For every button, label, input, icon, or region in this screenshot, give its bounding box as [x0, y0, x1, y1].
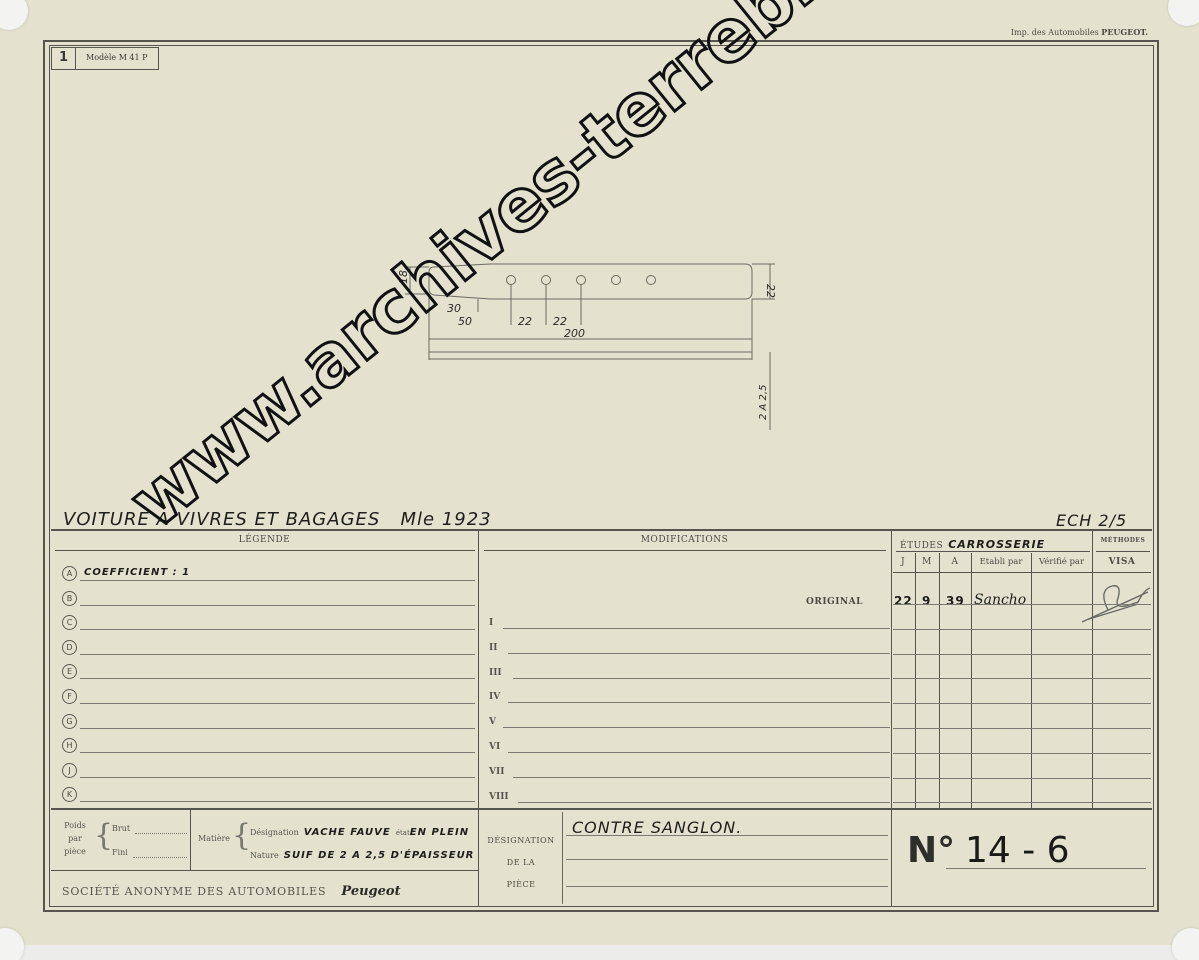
modifications-header-rule [484, 550, 886, 551]
part-line-3 [566, 886, 888, 887]
material-nature: Nature SUIF DE 2 A 2,5 D'ÉPAISSEUR [250, 843, 474, 862]
company-rule [51, 870, 478, 871]
modification-label: VII [489, 767, 504, 777]
modification-label: II [489, 643, 497, 653]
nature-value: SUIF DE 2 A 2,5 D'ÉPAISSEUR [284, 850, 475, 861]
legend-line [80, 703, 475, 704]
part-label-line3: PIÈCE [480, 874, 562, 896]
etudes-columns-rule [893, 572, 1151, 573]
modification-line [508, 702, 890, 703]
col-header-j: J [891, 557, 915, 567]
hole-5 [647, 276, 656, 285]
methodes-header-rule [1096, 551, 1150, 552]
etudes-row-line [893, 604, 1151, 605]
gross-label: Brut [112, 824, 130, 833]
material-designation: Désignation VACHE FAUVE étatEN PLEIN [250, 820, 469, 839]
legend-letter-g: G [62, 714, 77, 729]
modification-label: V [489, 717, 496, 727]
etudes-row-line [893, 778, 1151, 779]
entry-year: 39 [946, 594, 965, 608]
legend-letter-j: J [62, 763, 77, 778]
legend-line [80, 605, 475, 606]
modification-line [518, 802, 890, 803]
col-divider-etabli [1031, 553, 1032, 808]
legend-letter-a: A [62, 566, 77, 581]
etudes-row-line [893, 728, 1151, 729]
col-divider-a [971, 553, 972, 808]
etudes-row-line [893, 703, 1151, 704]
divider-mods-etudes [891, 529, 892, 907]
legend-header: LÉGENDE [51, 535, 478, 545]
part-brace [562, 812, 563, 904]
legend-line [80, 678, 475, 679]
col-header-m: M [915, 557, 939, 567]
legend-line [80, 752, 475, 753]
legend-text: COEFFICIENT : 1 [84, 567, 190, 578]
part-line-2 [566, 859, 888, 860]
net-label: Fini [112, 848, 128, 857]
designation-label: Désignation [250, 828, 299, 837]
designation-value: VACHE FAUVE [304, 827, 391, 838]
legend-line [80, 801, 475, 802]
model-year: Mle 1923 [401, 509, 492, 530]
entry-day: 22 [894, 594, 913, 608]
etudes-department: CARROSSERIE [948, 538, 1045, 551]
hole-2 [542, 276, 551, 285]
hole-4 [612, 276, 621, 285]
dim-height-right: 22 [764, 284, 777, 298]
etudes-row-line [893, 753, 1151, 754]
legend-letter-b: B [62, 591, 77, 606]
scale-label: ECH 2/5 [1056, 511, 1127, 530]
divider-legend-mods [478, 529, 479, 907]
col-divider-j [915, 553, 916, 808]
net-value-line [133, 857, 187, 858]
col-divider-m [939, 553, 940, 808]
modification-label: VIII [489, 792, 509, 802]
etudes-row-line [893, 678, 1151, 679]
dim-pitch-1: 22 [518, 315, 532, 328]
bottom-section-rule [51, 808, 1152, 810]
modification-line [503, 628, 890, 629]
part-label-line1: DÉSIGNATION [480, 830, 562, 852]
dim-height-left: 18 [397, 270, 410, 284]
legend-letter-d: D [62, 640, 77, 655]
weight-label: Poids par pièce [60, 819, 90, 858]
dim-thickness: 2 A 2,5 [758, 385, 769, 420]
nature-label: Nature [250, 851, 279, 860]
drawing-number: 14 - 6 [965, 830, 1070, 871]
legend-line [80, 629, 475, 630]
visa-signature-icon [1078, 580, 1154, 626]
legend-header-rule [55, 550, 475, 551]
col-header-etabli: Etabli par [971, 557, 1031, 567]
weight-label-line3: pièce [60, 845, 90, 858]
number-prefix: N° [907, 830, 955, 871]
entry-established-by: Sancho [974, 592, 1026, 608]
modification-line [503, 727, 890, 728]
part-label: DÉSIGNATION DE LA PIÈCE [480, 830, 562, 896]
etudes-label: ÉTUDES [900, 541, 943, 551]
modification-line [513, 777, 890, 778]
material-label: Matière [198, 834, 230, 843]
vehicle-title-text: VOITURE A VIVRES ET BAGAGES [63, 509, 380, 530]
weight-brace: { [94, 816, 113, 856]
company-footer: SOCIÉTÉ ANONYME DES AUTOMOBILES Peugeot [62, 880, 401, 899]
weight-label-line2: par [60, 832, 90, 845]
col-header-visa: VISA [1092, 557, 1152, 567]
dim-total-length: 200 [564, 327, 585, 340]
dim-offset-30: 30 [447, 302, 461, 315]
vehicle-title: VOITURE A VIVRES ET BAGAGES Mle 1923 [63, 509, 492, 530]
etudes-row-line [893, 654, 1151, 655]
hole-1 [507, 276, 516, 285]
peugeot-logo: Peugeot [341, 884, 400, 899]
methodes-label: MÉTHODES [1094, 537, 1152, 544]
col-header-verifie: Vérifié par [1031, 557, 1092, 567]
modifications-header: MODIFICATIONS [478, 535, 891, 545]
modification-label: VI [489, 742, 500, 752]
company-name: SOCIÉTÉ ANONYME DES AUTOMOBILES [62, 885, 326, 898]
divider-weight-material [190, 810, 191, 870]
modification-label: I [489, 618, 493, 628]
legend-line [80, 728, 475, 729]
modification-line [508, 653, 890, 654]
etudes-row-line [893, 629, 1151, 630]
etudes-header-rule [896, 551, 1090, 552]
legend-line [80, 580, 475, 581]
dim-offset-50: 50 [458, 315, 472, 328]
part-line-1 [566, 835, 888, 836]
col-header-a: A [939, 557, 971, 567]
modification-line [508, 752, 890, 753]
material-brace: { [232, 816, 251, 856]
hole-3 [577, 276, 586, 285]
part-label-line2: DE LA [480, 852, 562, 874]
legend-letter-f: F [62, 689, 77, 704]
state-value: EN PLEIN [410, 827, 469, 838]
original-label: ORIGINAL [806, 597, 863, 607]
etudes-row-line [893, 802, 1151, 803]
weight-label-line1: Poids [60, 819, 90, 832]
gross-value-line [135, 833, 187, 834]
etudes-header: ÉTUDES CARROSSERIE [900, 533, 1045, 552]
modification-label: III [489, 668, 502, 678]
divider-methodes [1092, 529, 1093, 808]
entry-month: 9 [922, 594, 931, 608]
modification-line [513, 678, 890, 679]
modification-label: IV [489, 692, 500, 702]
legend-line [80, 654, 475, 655]
legend-line [80, 777, 475, 778]
number-line [946, 868, 1146, 869]
state-label: état [396, 829, 410, 837]
